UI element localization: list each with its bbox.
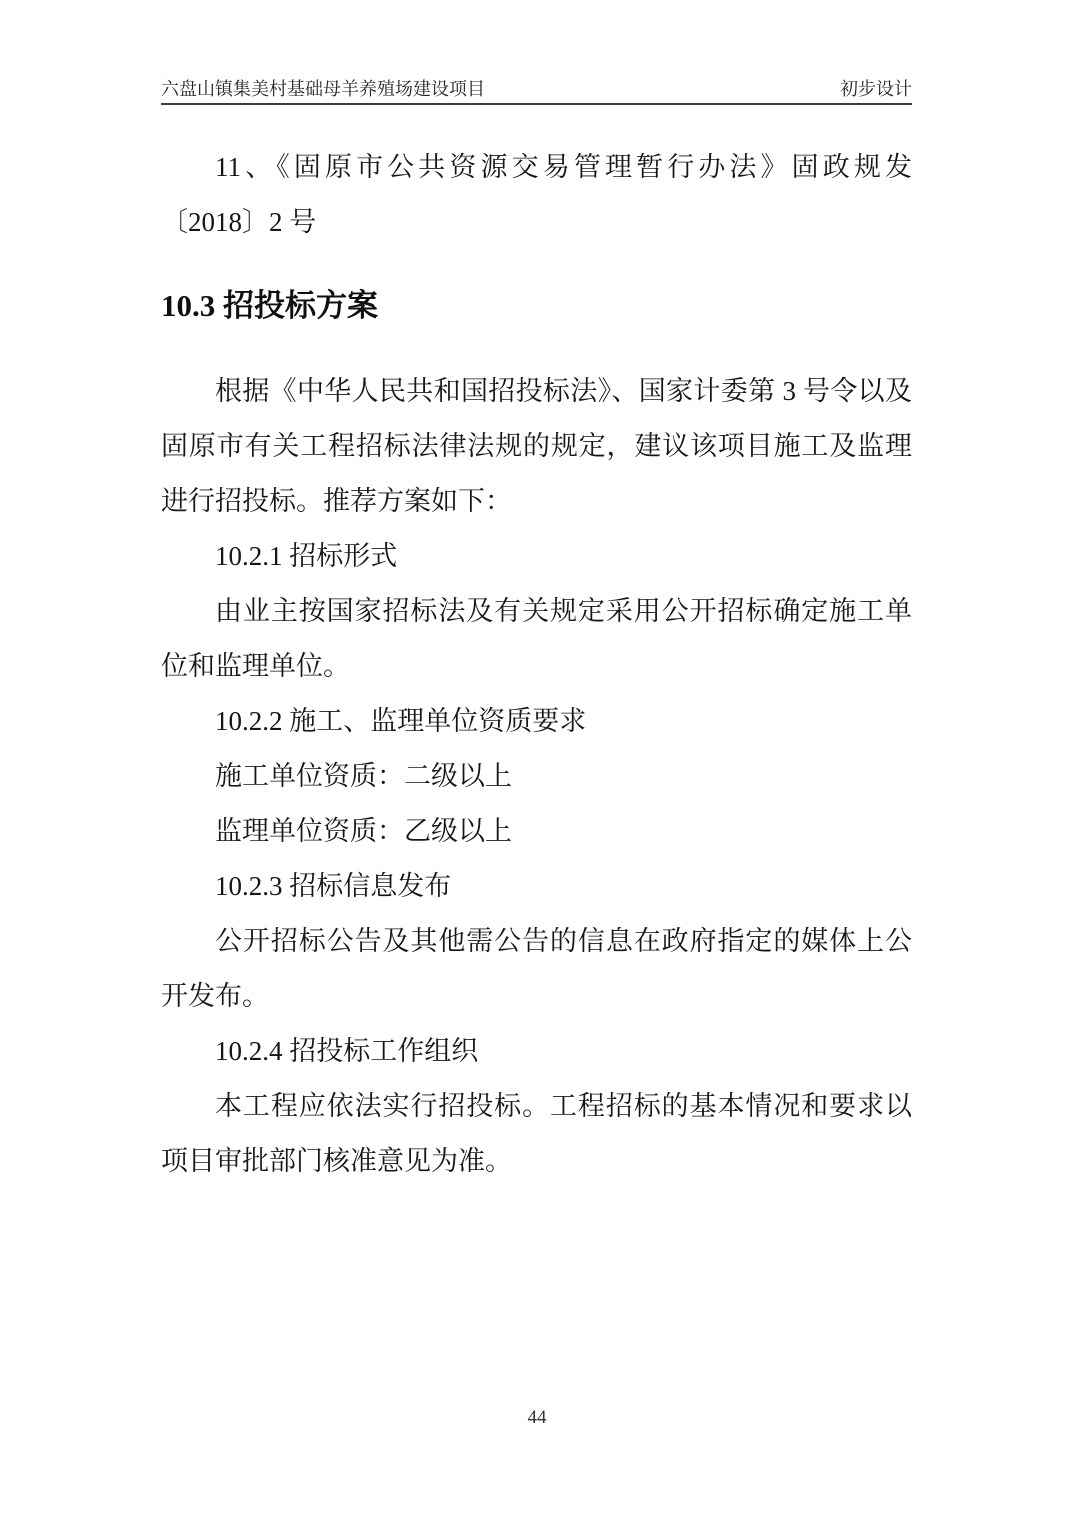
page-header: 六盘山镇集美村基础母羊养殖场建设项目 初步设计 xyxy=(161,79,912,105)
page-footer: 44 xyxy=(0,1406,1074,1430)
paragraph-bidding-organization: 本工程应依法实行招投标。工程招标的基本情况和要求以项目审批部门核准意见为准。 xyxy=(161,1079,912,1189)
header-project-title: 六盘山镇集美村基础母羊养殖场建设项目 xyxy=(161,79,485,100)
paragraph-constructor-qualification: 施工单位资质：二级以上 xyxy=(161,749,912,804)
paragraph-bidding-basis: 根据《中华人民共和国招投标法》、国家计委第 3 号令以及固原市有关工程招标法律法… xyxy=(161,364,912,529)
page-number: 44 xyxy=(528,1407,547,1428)
section-heading-10-3: 10.3 招投标方案 xyxy=(161,276,912,336)
document-body: 11、《固原市公共资源交易管理暂行办法》固政规发〔2018〕2 号 10.3 招… xyxy=(161,140,912,1189)
paragraph-supervisor-qualification: 监理单位资质：乙级以上 xyxy=(161,804,912,859)
paragraph-bidding-form: 由业主按国家招标法及有关规定采用公开招标确定施工单位和监理单位。 xyxy=(161,584,912,694)
paragraph-reference-item: 11、《固原市公共资源交易管理暂行办法》固政规发〔2018〕2 号 xyxy=(161,140,912,250)
subsection-heading-10-2-2: 10.2.2 施工、监理单位资质要求 xyxy=(161,694,912,749)
header-doc-stage: 初步设计 xyxy=(840,79,912,100)
paragraph-announcement-media: 公开招标公告及其他需公告的信息在政府指定的媒体上公开发布。 xyxy=(161,914,912,1024)
document-page: 六盘山镇集美村基础母羊养殖场建设项目 初步设计 11、《固原市公共资源交易管理暂… xyxy=(0,0,1074,1520)
subsection-heading-10-2-4: 10.2.4 招投标工作组织 xyxy=(161,1024,912,1079)
subsection-heading-10-2-1: 10.2.1 招标形式 xyxy=(161,529,912,584)
subsection-heading-10-2-3: 10.2.3 招标信息发布 xyxy=(161,859,912,914)
